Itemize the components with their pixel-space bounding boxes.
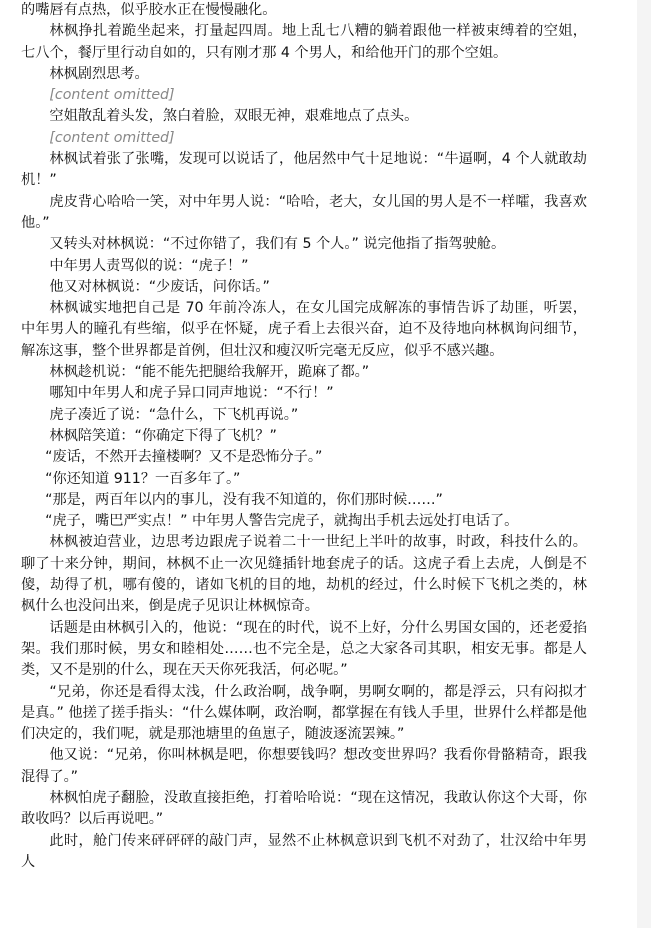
paragraph: [content omitted] bbox=[21, 85, 587, 106]
paragraph: 话题是由林枫引入的，他说：“现在的时代，说不上好，分什么男国女国的，还老爱掐架。… bbox=[21, 618, 587, 682]
paragraph: 此时，舱门传来砰砰砰的敲门声，显然不止林枫意识到飞机不对劲了，壮汉给中年男人 bbox=[21, 831, 587, 874]
paragraph: 他又说：“兄弟，你叫林枫是吧，你想要钱吗？想改变世界吗？我看你骨骼精奇，跟我混得… bbox=[21, 745, 587, 788]
paragraph: 林枫被迫营业，边思考边跟虎子说着二十一世纪上半叶的故事，时政，科技什么的。聊了十… bbox=[21, 532, 587, 617]
paragraph: 中年男人责骂似的说：“虎子！” bbox=[21, 256, 587, 277]
paragraph: “废话，不然开去撞楼啊？又不是恐怖分子。” bbox=[21, 447, 587, 468]
paragraph: 林枫试着张了张嘴，发现可以说话了，他居然中气十足地说：“牛逼啊，4 个人就敢劫机… bbox=[21, 149, 587, 192]
paragraph: 林枫陪笑道：“你确定下得了飞机？” bbox=[21, 426, 587, 447]
scrollbar-track[interactable] bbox=[637, 0, 651, 928]
paragraph: 林枫挣扎着跪坐起来，打量起四周。地上乱七八糟的躺着跟他一样被束缚着的空姐，七八个… bbox=[21, 21, 587, 64]
paragraph: 林枫怕虎子翻脸，没敢直接拒绝，打着哈哈说：“现在这情况，我敢认你这个大哥，你敢收… bbox=[21, 788, 587, 831]
paragraph: 林枫剧烈思考。 bbox=[21, 64, 587, 85]
paragraph: 他又对林枫说：“少废话，问你话。” bbox=[21, 277, 587, 298]
document-page: 的嘴唇有点热，似乎胶水正在慢慢融化。 林枫挣扎着跪坐起来，打量起四周。地上乱七八… bbox=[21, 0, 587, 873]
paragraph: 虎皮背心哈哈一笑，对中年男人说：“哈哈，老大，女儿国的男人是不一样嚯，我喜欢他。… bbox=[21, 192, 587, 235]
paragraph: [content omitted] bbox=[21, 128, 587, 149]
paragraph: 林枫诚实地把自己是 70 年前冷冻人，在女儿国完成解冻的事情告诉了劫匪，听罢，中… bbox=[21, 298, 587, 362]
paragraph: 的嘴唇有点热，似乎胶水正在慢慢融化。 bbox=[21, 0, 587, 21]
paragraph: 又转头对林枫说：“不过你错了，我们有 5 个人。” 说完他指了指驾驶舱。 bbox=[21, 234, 587, 255]
paragraph: 哪知中年男人和虎子异口同声地说：“不行！” bbox=[21, 383, 587, 404]
paragraph: “虎子，嘴巴严实点！” 中年男人警告完虎子，就掏出手机去远处打电话了。 bbox=[21, 511, 587, 532]
paragraph: 空姐散乱着头发，煞白着脸，双眼无神，艰难地点了点头。 bbox=[21, 106, 587, 127]
paragraph: 虎子凑近了说：“急什么，下飞机再说。” bbox=[21, 405, 587, 426]
paragraph: “你还知道 911？一百多年了。” bbox=[21, 469, 587, 490]
paragraph: 林枫趁机说：“能不能先把腿给我解开，跪麻了都。” bbox=[21, 362, 587, 383]
paragraph: “兄弟，你还是看得太浅，什么政治啊，战争啊，男啊女啊的，都是浮云，只有闷拟才是真… bbox=[21, 682, 587, 746]
paragraph: “那是，两百年以内的事儿，没有我不知道的，你们那时候……” bbox=[21, 490, 587, 511]
